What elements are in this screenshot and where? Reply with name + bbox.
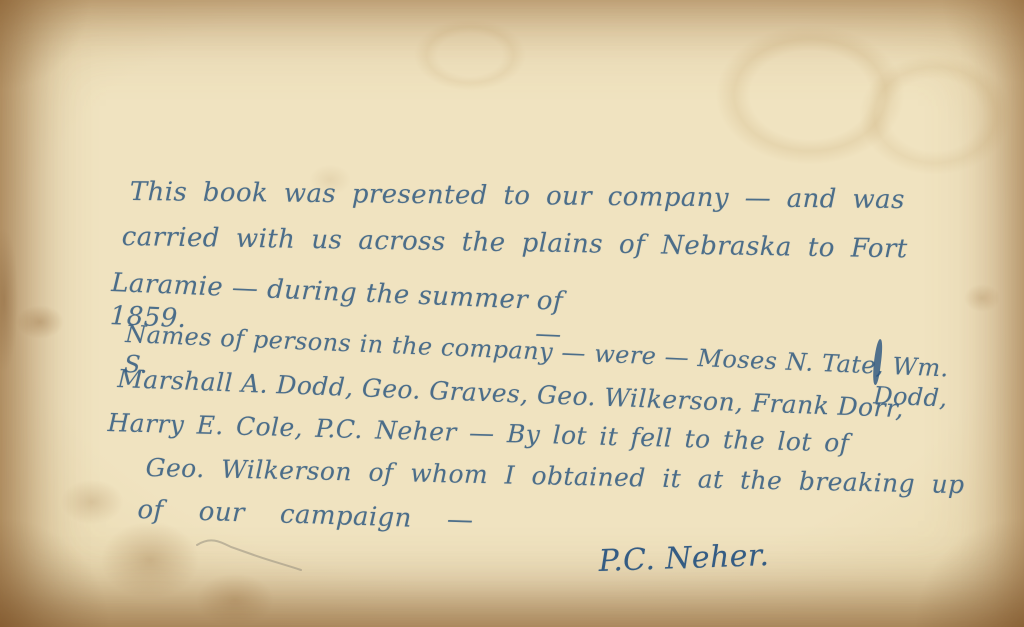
handwriting-line-7: Geo. Wilkerson of whom I obtained it at … — [145, 452, 964, 500]
signature: P.C. Neher. — [598, 537, 779, 581]
handwriting-line-2: carried with us across the plains of Neb… — [121, 221, 907, 266]
aged-paper-page: This book was presented to our company —… — [0, 0, 1024, 627]
handwriting-line-1: This book was presented to our company —… — [130, 176, 905, 217]
pencil-mark — [193, 533, 308, 578]
handwriting-line-8: of our campaign — — [137, 494, 474, 537]
